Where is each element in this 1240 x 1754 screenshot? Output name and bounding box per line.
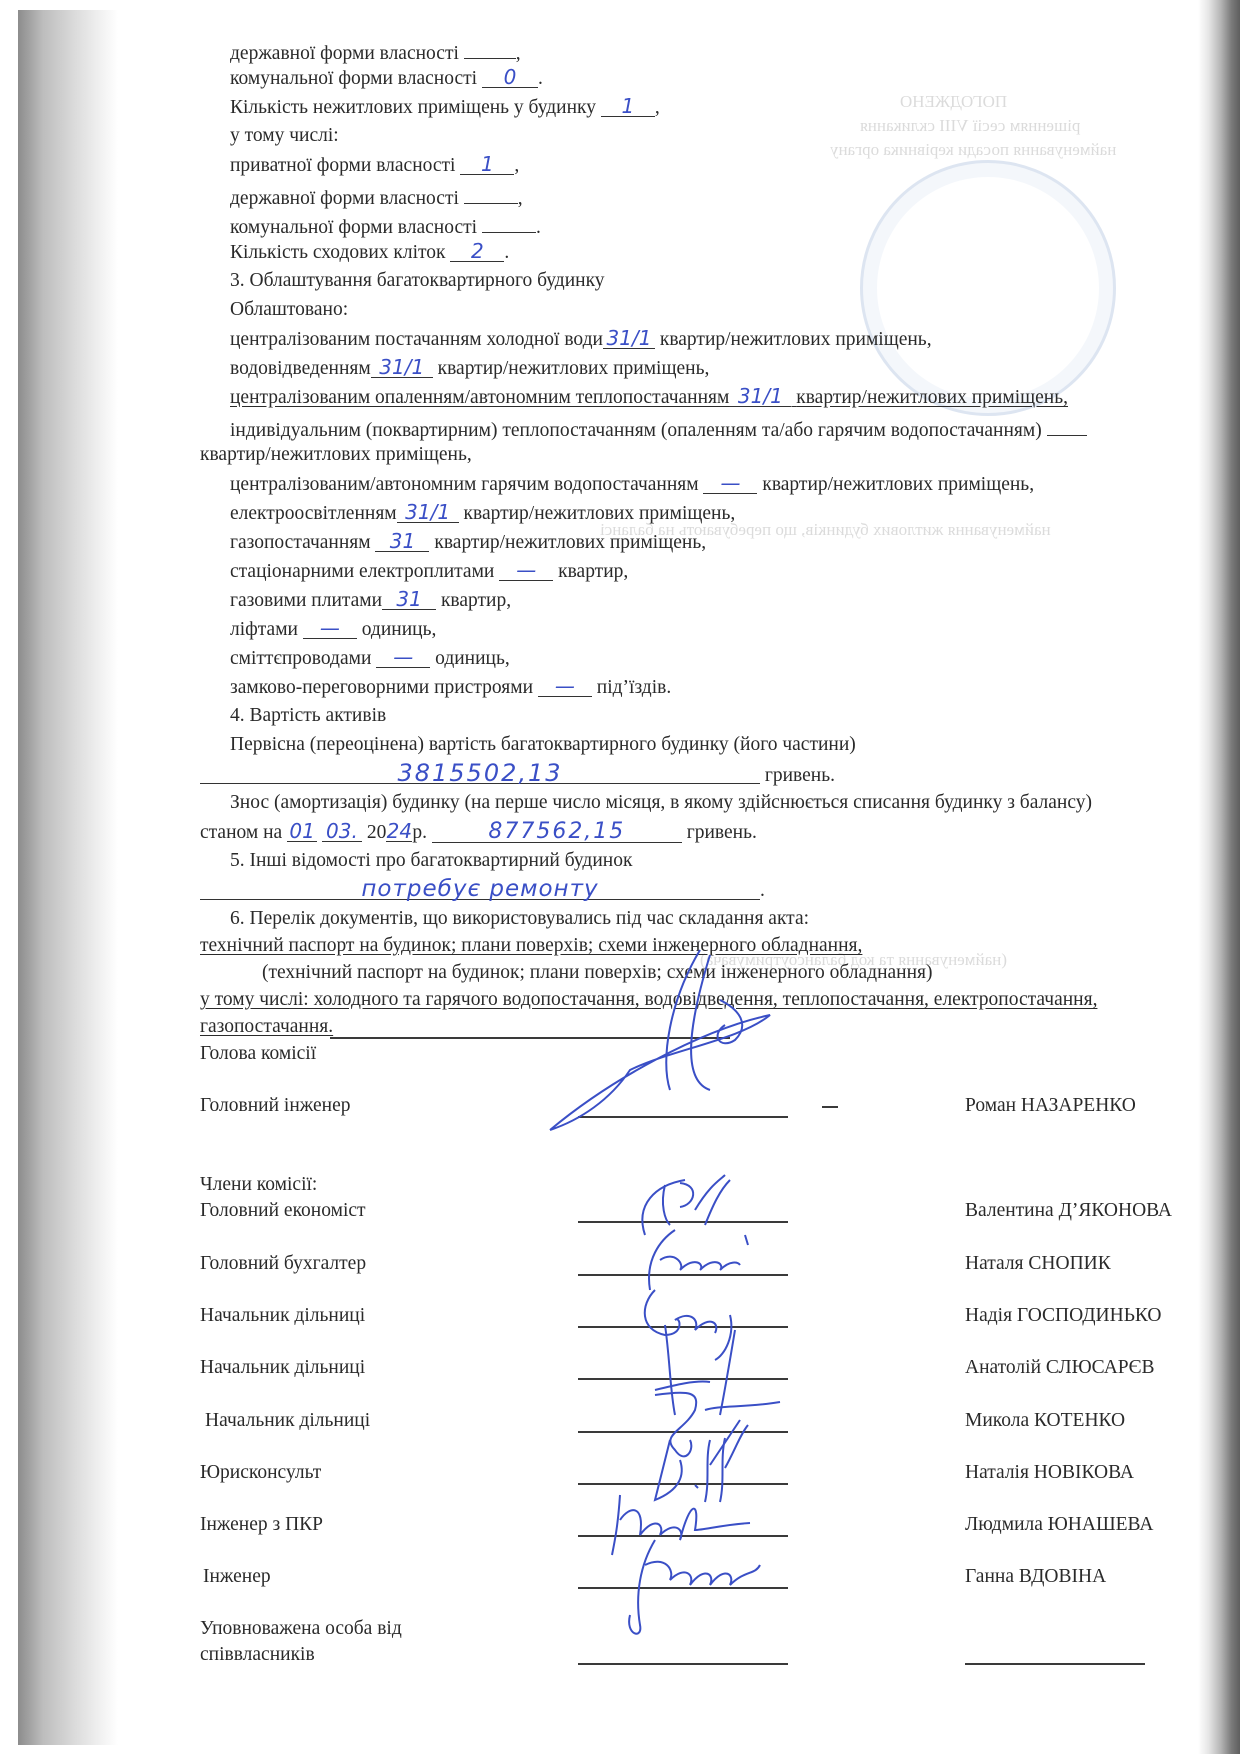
signatory-name: Наталія НОВІКОВА [965,1462,1134,1484]
initial-cost-label: Первісна (переоцінена) вартість багатокв… [230,734,856,756]
as-of-year-field[interactable]: 24 [386,821,412,842]
signatory-role: Головний інженер [200,1095,351,1117]
equipment-row: водовідведенням31/1 квартир/нежитлових п… [230,357,709,380]
equipment-label: індивідуальним (поквартирним) теплопоста… [230,420,1042,441]
communal-ownership-row: комунальної форми власності 0. [230,67,543,90]
state-ownership-2-row: державної форми власності , [230,183,523,210]
section-4-title: 4. Вартість активів [230,705,386,727]
section-3-title: 3. Облаштування багатоквартирного будинк… [230,270,605,292]
state-ownership-label: державної форми власності [230,43,459,64]
equipment-label: газовими плитами [230,590,382,611]
initial-cost-currency: гривень. [765,765,835,786]
equipment-field[interactable]: 31/1 [397,502,459,523]
bleed-through-text: найменування посади керівника органу [830,140,1116,160]
stairwells-row: Кількість сходових кліток 2. [230,241,509,264]
dash-mark [822,1106,838,1108]
stairwells-label: Кількість сходових кліток [230,242,446,263]
equipment-suffix: квартир/нежитлових приміщень, [434,532,706,553]
equipment-row: замково-переговорними пристроями — під’ї… [230,676,671,699]
nonresidential-count-label: Кількість нежитлових приміщень у будинку [230,97,596,118]
equipment-label: водовідведенням [230,358,371,379]
equipment-row: індивідуальним (поквартирним) теплопоста… [230,415,1087,442]
equipment-suffix: одиниць, [362,619,437,640]
co-owner-label: Уповноважена особа від [200,1618,402,1640]
equipment-suffix: квартир/нежитлових приміщень, [660,329,932,350]
equipment-label: централізованим постачанням холодної вод… [230,329,603,350]
other-info-field[interactable]: потребує ремонту [200,879,760,900]
equipment-suffix: квартир/нежитлових приміщень, [762,474,1034,495]
stairwells-field[interactable]: 2 [450,241,504,262]
equipment-row: сміттєпроводами — одиниць, [230,647,510,670]
equipment-row: газовими плитами31 квартир, [230,589,511,612]
signatory-name: Людмила ЮНАШЕВА [965,1514,1153,1536]
co-owner-label-2: співвласників [200,1644,315,1666]
signatory-role: Головний економіст [200,1200,366,1222]
signatory-name: Роман НАЗАРЕНКО [965,1095,1136,1117]
signatory-role: Головний бухгалтер [200,1253,366,1275]
signature-engineer-icon [595,1535,775,1645]
communal-ownership-2-row: комунальної форми власності . [230,212,541,239]
equipment-suffix: квартир/нежитлових приміщень, [796,387,1068,408]
equipment-row-continuation: квартир/нежитлових приміщень, [200,444,472,466]
equipment-field[interactable]: 31/1 [729,386,791,407]
signatory-name: Ганна ВДОВІНА [965,1566,1106,1588]
equipment-field[interactable]: 31 [382,589,436,610]
commission-members-label: Члени комісії: [200,1174,317,1196]
year-unit: р. [412,822,427,843]
signatory-name: Наталя СНОПИК [965,1253,1111,1275]
communal-ownership-2-field[interactable] [482,212,536,233]
equipment-row: електроосвітленням31/1 квартир/нежитлови… [230,502,735,525]
equipment-row: централізованим постачанням холодної вод… [230,328,932,351]
depreciation-currency: гривень. [687,822,757,843]
equipment-field[interactable]: 31/1 [603,328,655,349]
communal-ownership-label: комунальної форми власності [230,68,477,89]
equipment-label: газопостачанням [230,532,371,553]
equipment-row: стаціонарними електроплитами — квартир, [230,560,628,583]
state-ownership-row: державної форми власності , [230,38,521,65]
bleed-through-text: рішенням сесії VIII скликання [860,116,1080,136]
including-label: у тому числі: [230,125,339,147]
equipment-label: стаціонарними електроплитами [230,561,494,582]
year-prefix: 20 [367,822,387,843]
equipment-field[interactable]: — [376,647,430,668]
section-5-title: 5. Інші відомості про багатоквартирний б… [230,850,632,872]
equipment-field[interactable]: — [703,473,757,494]
documents-line-3: газопостачання. [200,1016,333,1038]
equipment-field[interactable]: — [538,676,592,697]
equipment-suffix: квартир, [441,590,511,611]
as-of-month-field[interactable]: 03. [322,821,362,842]
as-of-day-field[interactable]: 01 [287,821,317,842]
equipment-row: ліфтами — одиниць, [230,618,436,641]
initial-cost-field[interactable]: 3815502,13 [200,763,760,784]
depreciation-label: Знос (амортизація) будинку (на перше чис… [230,792,1092,814]
equipment-suffix: одиниць, [435,648,510,669]
bleed-through-stamp [860,160,1116,416]
communal-ownership-field[interactable]: 0 [482,67,538,88]
equipment-label: централізованим опаленням/автономним теп… [230,387,729,408]
equipped-label: Облаштовано: [230,299,348,321]
state-ownership-field[interactable] [464,38,516,59]
signatory-name: Микола КОТЕНКО [965,1410,1125,1432]
signatory-name: Надія ГОСПОДИНЬКО [965,1305,1162,1327]
state-ownership-2-label: державної форми власності [230,188,459,209]
equipment-suffix: квартир/нежитлових приміщень, [438,358,710,379]
co-owner-signature-line[interactable] [578,1663,788,1665]
equipment-suffix: під’їздів. [597,677,671,698]
state-ownership-2-field[interactable] [464,183,518,204]
equipment-label: централізованим/автономним гарячим водоп… [230,474,699,495]
signatory-role: Начальник дільниці [200,1357,365,1379]
depreciation-field[interactable]: 877562,15 [432,822,682,843]
as-of-label: станом на [200,822,282,843]
signatory-role: Начальник дільниці [205,1410,370,1432]
equipment-field[interactable]: 31 [375,531,429,552]
signatory-name: Анатолій СЛЮСАРЄВ [965,1357,1155,1379]
private-ownership-label: приватної форми власності [230,155,455,176]
equipment-field[interactable] [1047,415,1087,436]
scan-edge-left [18,10,118,1745]
signatory-role: Начальник дільниці [200,1305,365,1327]
equipment-label: сміттєпроводами [230,648,371,669]
nonresidential-count-row: Кількість нежитлових приміщень у будинку… [230,96,660,119]
private-ownership-field[interactable]: 1 [460,154,514,175]
bleed-through-text: ПОГОДЖЕНО [900,92,1007,112]
initial-cost-row: 3815502,13 гривень. [200,763,835,787]
equipment-field[interactable]: 31/1 [371,357,433,378]
scan-edge-right [1198,0,1240,1754]
signatory-role: Інженер [203,1566,271,1588]
equipment-field[interactable]: — [303,618,357,639]
commission-head-label: Голова комісії [200,1043,316,1065]
equipment-label: електроосвітленням [230,503,397,524]
signatory-name: Валентина Д’ЯКОНОВА [965,1200,1172,1222]
equipment-row: централізованим опаленням/автономним теп… [230,386,1068,409]
equipment-label: замково-переговорними пристроями [230,677,533,698]
equipment-suffix: квартир, [558,561,628,582]
co-owner-name-line[interactable] [965,1663,1145,1665]
equipment-suffix: квартир/нежитлових приміщень, [464,503,736,524]
other-info-row: потребує ремонту. [200,879,765,902]
nonresidential-count-field[interactable]: 1 [601,96,655,117]
equipment-label: ліфтами [230,619,298,640]
communal-ownership-2-label: комунальної форми власності [230,217,477,238]
depreciation-row: станом на 01 03. 2024р. 877562,15 гривен… [200,821,757,844]
equipment-row: газопостачанням 31 квартир/нежитлових пр… [230,531,706,554]
equipment-row: централізованим/автономним гарячим водоп… [230,473,1034,496]
signature-head-engineer-icon [520,940,820,1140]
equipment-field[interactable]: — [499,560,553,581]
private-ownership-row: приватної форми власності 1, [230,154,519,177]
signatory-role: Інженер з ПКР [200,1514,323,1536]
signatory-role: Юрисконсульт [200,1462,321,1484]
section-6-title: 6. Перелік документів, що використовувал… [230,908,809,930]
